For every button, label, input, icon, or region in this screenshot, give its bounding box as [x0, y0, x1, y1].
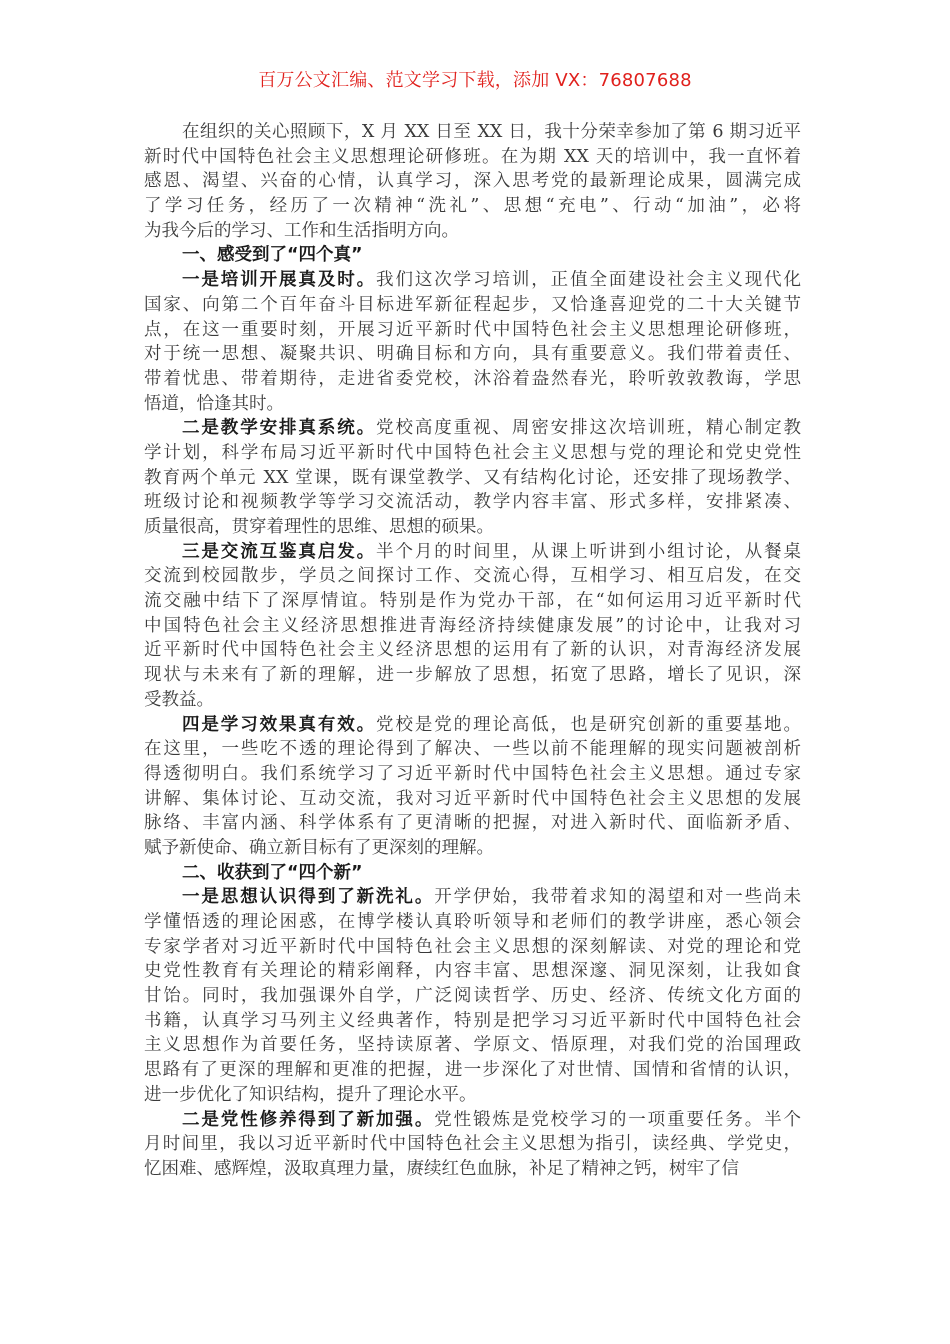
line-text: 党性锻炼是党校学习的一项重要任务。半个 [434, 1110, 801, 1130]
line-text: 史党性教育有关理论的精彩阐释，内容丰富、思想深邃、洞见深刻，让我如食 [144, 961, 801, 981]
text-line: 月时间里，我以习近平新时代中国特色社会主义思想为指引，读经典、学党史， [144, 1132, 801, 1157]
lead-bold-text: 一是思想认识得到了新洗礼。 [182, 887, 434, 907]
text-line: 教育两个单元 XX 堂课，既有课堂教学、又有结构化讨论，还安排了现场教学、 [144, 466, 801, 491]
text-line: 书籍，认真学习马列主义经典著作，特别是把学习习近平新时代中国特色社会 [144, 1009, 801, 1034]
text-line: 点，在这一重要时刻，开展习近平新时代中国特色社会主义思想理论研修班， [144, 318, 801, 343]
lead-bold-text: 四是学习效果真有效。 [182, 715, 376, 735]
line-text: 半个月的时间里，从课上听讲到小组讨论，从餐桌 [376, 542, 801, 562]
text-line: 一是思想认识得到了新洗礼。开学伊始，我带着求知的渴望和对一些尚未 [144, 885, 801, 910]
line-text: 教育两个单元 XX 堂课，既有课堂教学、又有结构化讨论，还安排了现场教学、 [144, 468, 801, 488]
line-text: 为我今后的学习、工作和生活指明方向。 [144, 221, 459, 241]
line-text: 我们这次学习培训，正值全面建设社会主义现代化 [376, 270, 801, 290]
section-heading: 一、感受到了“四个真” [144, 243, 801, 268]
text-line: 新时代中国特色社会主义思想理论研修班。在为期 XX 天的培训中，我一直怀着 [144, 145, 801, 170]
line-text: 党校是党的理论高低，也是研究创新的重要基地。 [376, 715, 801, 735]
paragraph: 一是培训开展真及时。我们这次学习培训，正值全面建设社会主义现代化国家、向第二个百… [144, 268, 801, 416]
line-text: 流交融中结下了深厚情谊。特别是作为党办干部，在“如何运用习近平新时代 [144, 591, 801, 611]
text-line: 二是教学安排真系统。党校高度重视、周密安排这次培训班，精心制定教 [144, 416, 801, 441]
line-text: 点，在这一重要时刻，开展习近平新时代中国特色社会主义思想理论研修班， [144, 320, 801, 340]
paragraph: 二是教学安排真系统。党校高度重视、周密安排这次培训班，精心制定教学计划，科学布局… [144, 416, 801, 539]
text-line: 中国特色社会主义经济思想推进青海经济持续健康发展”的讨论中，让我对习 [144, 614, 801, 639]
text-line: 了学习任务，经历了一次精神“洗礼”、思想“充电”、行动“加油”，必将 [144, 194, 801, 219]
line-text: 脉络、丰富内涵、科学体系有了更清晰的把握，对进入新时代、面临新矛盾、 [144, 813, 801, 833]
line-text: 月时间里，我以习近平新时代中国特色社会主义思想为指引，读经典、学党史， [144, 1134, 801, 1154]
line-text: 质量很高，贯穿着理性的思维、思想的硕果。 [144, 517, 494, 537]
text-line: 现状与未来有了新的理解，进一步解放了思想，拓宽了思路，增长了见识，深 [144, 663, 801, 688]
text-line: 忆困难、感辉煌，汲取真理力量，赓续红色血脉，补足了精神之钙，树牢了信 [144, 1157, 801, 1182]
heading-text: 一、感受到了“四个真” [182, 245, 363, 265]
text-line: 四是学习效果真有效。党校是党的理论高低，也是研究创新的重要基地。 [144, 713, 801, 738]
lead-bold-text: 二是党性修养得到了新加强。 [182, 1110, 434, 1130]
line-text: 进一步优化了知识结构，提升了理论水平。 [144, 1085, 477, 1105]
lead-bold-text: 三是交流互鉴真启发。 [182, 542, 376, 562]
text-line: 为我今后的学习、工作和生活指明方向。 [144, 219, 801, 244]
text-line: 一、感受到了“四个真” [144, 243, 801, 268]
text-line: 近平新时代中国特色社会主义经济思想的运用有了新的认识，对青海经济发展 [144, 638, 801, 663]
line-text: 班级讨论和视频教学等学习交流活动，教学内容丰富、形式多样，安排紧凑、 [144, 492, 801, 512]
text-line: 进一步优化了知识结构，提升了理论水平。 [144, 1083, 801, 1108]
paragraph: 三是交流互鉴真启发。半个月的时间里，从课上听讲到小组讨论，从餐桌交流到校园散步，… [144, 540, 801, 713]
line-text: 新时代中国特色社会主义思想理论研修班。在为期 XX 天的培训中，我一直怀着 [144, 147, 801, 167]
line-text: 甘饴。同时，我加强课外自学，广泛阅读哲学、历史、经济、传统文化方面的 [144, 986, 801, 1006]
line-text: 忆困难、感辉煌，汲取真理力量，赓续红色血脉，补足了精神之钙，树牢了信 [144, 1159, 739, 1179]
line-text: 开学伊始，我带着求知的渴望和对一些尚未 [434, 887, 801, 907]
line-text: 书籍，认真学习马列主义经典著作，特别是把学习习近平新时代中国特色社会 [144, 1011, 801, 1031]
text-line: 三是交流互鉴真启发。半个月的时间里，从课上听讲到小组讨论，从餐桌 [144, 540, 801, 565]
line-text: 现状与未来有了新的理解，进一步解放了思想，拓宽了思路，增长了见识，深 [144, 665, 801, 685]
text-line: 脉络、丰富内涵、科学体系有了更清晰的把握，对进入新时代、面临新矛盾、 [144, 811, 801, 836]
line-text: 主义思想作为首要任务，坚持读原著、学原文、悟原理，对我们党的治国理政 [144, 1035, 801, 1055]
line-text: 国家、向第二个百年奋斗目标进军新征程起步，又恰逢喜迎党的二十大关键节 [144, 295, 801, 315]
line-text: 近平新时代中国特色社会主义经济思想的运用有了新的认识，对青海经济发展 [144, 640, 801, 660]
text-line: 专家学者对习近平新时代中国特色社会主义思想的深刻解读、对党的理论和党 [144, 935, 801, 960]
text-line: 质量很高，贯穿着理性的思维、思想的硕果。 [144, 515, 801, 540]
text-line: 在组织的关心照顾下，X 月 XX 日至 XX 日，我十分荣幸参加了第 6 期习近… [144, 120, 801, 145]
watermark-banner: 百万公文汇编、范文学习下载，添加 VX：76807688 [0, 66, 950, 96]
line-text: 悟道，恰逢其时。 [144, 394, 284, 414]
text-line: 讲解、集体讨论、互动交流，我对习近平新时代中国特色社会主义思想的发展 [144, 787, 801, 812]
line-text: 专家学者对习近平新时代中国特色社会主义思想的深刻解读、对党的理论和党 [144, 937, 801, 957]
text-line: 交流到校园散步，学员之间探讨工作、交流心得，互相学习、相互启发，在交 [144, 564, 801, 589]
text-line: 史党性教育有关理论的精彩阐释，内容丰富、思想深邃、洞见深刻，让我如食 [144, 959, 801, 984]
line-text: 感恩、渴望、兴奋的心情，认真学习，深入思考党的最新理论成果，圆满完成 [144, 171, 801, 191]
paragraph: 二是党性修养得到了新加强。党性锻炼是党校学习的一项重要任务。半个月时间里，我以习… [144, 1108, 801, 1182]
line-text: 学计划，科学布局习近平新时代中国特色社会主义思想与党的理论和党史党性 [144, 443, 801, 463]
text-line: 主义思想作为首要任务，坚持读原著、学原文、悟原理，对我们党的治国理政 [144, 1033, 801, 1058]
paragraph: 一是思想认识得到了新洗礼。开学伊始，我带着求知的渴望和对一些尚未学懂悟透的理论困… [144, 885, 801, 1107]
section-heading: 二、收获到了“四个新” [144, 861, 801, 886]
text-line: 在这里，一些吃不透的理论得到了解决、一些以前不能理解的现实问题被剖析 [144, 737, 801, 762]
text-line: 对于统一思想、凝聚共识、明确目标和方向，具有重要意义。我们带着责任、 [144, 342, 801, 367]
lead-bold-text: 一是培训开展真及时。 [182, 270, 376, 290]
line-text: 得透彻明白。我们系统学习了习近平新时代中国特色社会主义思想。通过专家 [144, 764, 801, 784]
line-text: 带着忧患、带着期待，走进省委党校，沐浴着盎然春光，聆听敦敦教诲，学思 [144, 369, 801, 389]
text-line: 班级讨论和视频教学等学习交流活动，教学内容丰富、形式多样，安排紧凑、 [144, 490, 801, 515]
document-body: 在组织的关心照顾下，X 月 XX 日至 XX 日，我十分荣幸参加了第 6 期习近… [144, 120, 801, 1182]
line-text: 学懂悟透的理论困惑，在博学楼认真聆听领导和老师们的教学讲座，悉心领会 [144, 912, 801, 932]
line-text: 党校高度重视、周密安排这次培训班，精心制定教 [376, 418, 801, 438]
text-line: 甘饴。同时，我加强课外自学，广泛阅读哲学、历史、经济、传统文化方面的 [144, 984, 801, 1009]
text-line: 学计划，科学布局习近平新时代中国特色社会主义思想与党的理论和党史党性 [144, 441, 801, 466]
text-line: 受教益。 [144, 688, 801, 713]
text-line: 赋予新使命、确立新目标有了更深刻的理解。 [144, 836, 801, 861]
paragraph: 在组织的关心照顾下，X 月 XX 日至 XX 日，我十分荣幸参加了第 6 期习近… [144, 120, 801, 243]
line-text: 赋予新使命、确立新目标有了更深刻的理解。 [144, 838, 494, 858]
line-text: 在组织的关心照顾下，X 月 XX 日至 XX 日，我十分荣幸参加了第 6 期习近… [182, 122, 801, 142]
line-text: 交流到校园散步，学员之间探讨工作、交流心得，互相学习、相互启发，在交 [144, 566, 801, 586]
text-line: 一是培训开展真及时。我们这次学习培训，正值全面建设社会主义现代化 [144, 268, 801, 293]
text-line: 学懂悟透的理论困惑，在博学楼认真聆听领导和老师们的教学讲座，悉心领会 [144, 910, 801, 935]
heading-text: 二、收获到了“四个新” [182, 863, 363, 883]
line-text: 讲解、集体讨论、互动交流，我对习近平新时代中国特色社会主义思想的发展 [144, 789, 801, 809]
text-line: 二、收获到了“四个新” [144, 861, 801, 886]
line-text: 了学习任务，经历了一次精神“洗礼”、思想“充电”、行动“加油”，必将 [144, 196, 801, 216]
text-line: 国家、向第二个百年奋斗目标进军新征程起步，又恰逢喜迎党的二十大关键节 [144, 293, 801, 318]
line-text: 在这里，一些吃不透的理论得到了解决、一些以前不能理解的现实问题被剖析 [144, 739, 801, 759]
text-line: 带着忧患、带着期待，走进省委党校，沐浴着盎然春光，聆听敦敦教诲，学思 [144, 367, 801, 392]
text-line: 悟道，恰逢其时。 [144, 392, 801, 417]
paragraph: 四是学习效果真有效。党校是党的理论高低，也是研究创新的重要基地。在这里，一些吃不… [144, 713, 801, 861]
line-text: 对于统一思想、凝聚共识、明确目标和方向，具有重要意义。我们带着责任、 [144, 344, 801, 364]
line-text: 中国特色社会主义经济思想推进青海经济持续健康发展”的讨论中，让我对习 [144, 616, 801, 636]
text-line: 得透彻明白。我们系统学习了习近平新时代中国特色社会主义思想。通过专家 [144, 762, 801, 787]
text-line: 二是党性修养得到了新加强。党性锻炼是党校学习的一项重要任务。半个 [144, 1108, 801, 1133]
lead-bold-text: 二是教学安排真系统。 [182, 418, 376, 438]
line-text: 受教益。 [144, 690, 214, 710]
text-line: 流交融中结下了深厚情谊。特别是作为党办干部，在“如何运用习近平新时代 [144, 589, 801, 614]
line-text: 思路有了更深的理解和更准的把握，进一步深化了对世情、国情和省情的认识， [144, 1060, 801, 1080]
text-line: 感恩、渴望、兴奋的心情，认真学习，深入思考党的最新理论成果，圆满完成 [144, 169, 801, 194]
document-page: 百万公文汇编、范文学习下载，添加 VX：76807688 在组织的关心照顾下，X… [0, 0, 950, 1344]
text-line: 思路有了更深的理解和更准的把握，进一步深化了对世情、国情和省情的认识， [144, 1058, 801, 1083]
